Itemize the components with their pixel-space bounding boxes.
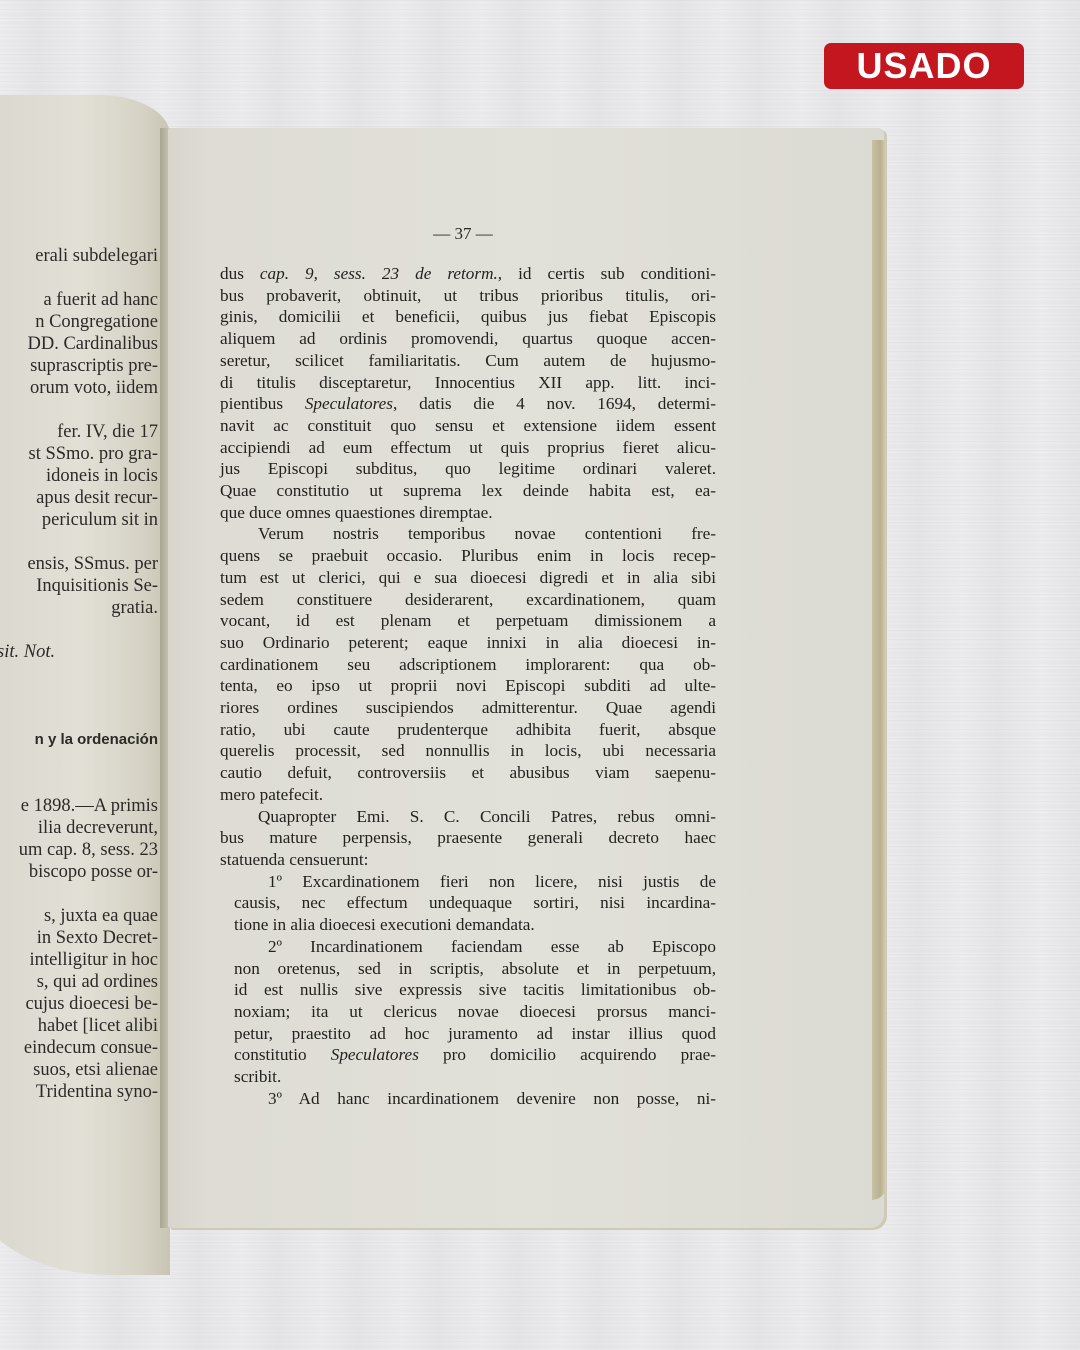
- text-line: riores ordines suscipiendos admitterentu…: [220, 697, 716, 719]
- text-line: Quae constitutio ut suprema lex deinde h…: [220, 480, 716, 502]
- text-line: gratia.: [0, 597, 158, 619]
- text-line: suos, etsi alienae: [0, 1059, 158, 1081]
- text-line: jus Episcopi subditus, quo legitime ordi…: [220, 458, 716, 480]
- text-line: [0, 707, 158, 729]
- text-line: Tridentina syno-: [0, 1081, 158, 1103]
- text-line: seretur, scilicet familiaritatis. Cum au…: [220, 350, 716, 372]
- text-line: scribit.: [220, 1066, 716, 1088]
- text-line: statuenda censuerunt:: [220, 849, 716, 871]
- text-line: n y la ordenación: [0, 729, 158, 751]
- text-line: [0, 531, 158, 553]
- text-line: [0, 619, 158, 641]
- text-line: aliquem ad ordinis promovendi, quartus q…: [220, 328, 716, 350]
- text-line: [0, 883, 158, 905]
- text-line: suo Ordinario peterent; eaque innixi in …: [220, 632, 716, 654]
- text-line: Inquisitionis Se-: [0, 575, 158, 597]
- text-line: s, qui ad ordines: [0, 971, 158, 993]
- text-line: vocant, id est plenam et perpetuam dimis…: [220, 610, 716, 632]
- text-line: [0, 773, 158, 795]
- text-line: [0, 267, 158, 289]
- text-line: petur, praestito ad hoc juramento ad ins…: [220, 1023, 716, 1045]
- text-line: Verum nostris temporibus novae contentio…: [220, 523, 716, 545]
- used-condition-badge: USADO: [824, 43, 1024, 89]
- text-line: [0, 663, 158, 685]
- text-line: periculum sit in: [0, 509, 158, 531]
- text-line: causis, nec effectum undequaque sortiri,…: [220, 892, 716, 914]
- text-line: n Congregatione: [0, 311, 158, 333]
- text-line: constitutio Speculatores pro domicilio a…: [220, 1044, 716, 1066]
- text-line: noxiam; ita ut clericus novae dioecesi p…: [220, 1001, 716, 1023]
- text-line: Quapropter Emi. S. C. Concili Patres, re…: [220, 806, 716, 828]
- left-book-page: erali subdelegari a fuerit ad hancn Cong…: [0, 95, 170, 1275]
- text-line: fer. IV, die 17: [0, 421, 158, 443]
- text-line: pientibus Speculatores, datis die 4 nov.…: [220, 393, 716, 415]
- text-line: 1º Excardinationem fieri non licere, nis…: [220, 871, 716, 893]
- text-line: in Sexto Decret-: [0, 927, 158, 949]
- text-line: querelis processit, sed nonnullis in loc…: [220, 740, 716, 762]
- text-line: ratio, ubi caute prudenterque adhibita f…: [220, 719, 716, 741]
- text-line: [0, 685, 158, 707]
- text-line: st SSmo. pro gra-: [0, 443, 158, 465]
- text-line: sedem constituere desiderarent, excardin…: [220, 589, 716, 611]
- text-line: bus probaverit, obtinuit, ut tribus prio…: [220, 285, 716, 307]
- text-line: habet [licet alibi: [0, 1015, 158, 1037]
- text-line: accipiendi ad eum effectum ut quis propr…: [220, 437, 716, 459]
- text-line: s, juxta ea quae: [0, 905, 158, 927]
- text-line: 2º Incardinationem faciendam esse ab Epi…: [220, 936, 716, 958]
- text-line: eindecum consue-: [0, 1037, 158, 1059]
- text-line: idoneis in locis: [0, 465, 158, 487]
- text-line: DD. Cardinalibus: [0, 333, 158, 355]
- text-line: non oretenus, sed in scriptis, absolute …: [220, 958, 716, 980]
- text-line: bus mature perpensis, praesente generali…: [220, 827, 716, 849]
- text-line: tenta, eo ipso ut proprii novi Episcopi …: [220, 675, 716, 697]
- text-line: tione in alia dioecesi executioni demand…: [220, 914, 716, 936]
- text-line: dus cap. 9, sess. 23 de retorm., id cert…: [220, 263, 716, 285]
- page-number: — 37 —: [398, 224, 528, 244]
- text-line: erali subdelegari: [0, 245, 158, 267]
- text-line: cujus dioecesi be-: [0, 993, 158, 1015]
- text-line: 3º Ad hanc incardinationem devenire non …: [220, 1088, 716, 1110]
- text-line: orum voto, iidem: [0, 377, 158, 399]
- text-line: quens se praebuit occasio. Pluribus enim…: [220, 545, 716, 567]
- text-line: Inquisit. Not.: [0, 641, 158, 663]
- page-body-text: dus cap. 9, sess. 23 de retorm., id cert…: [220, 263, 716, 1109]
- text-line: que duce omnes quaestiones diremptae.: [220, 502, 716, 524]
- left-page-text: erali subdelegari a fuerit ad hancn Cong…: [0, 245, 158, 1103]
- text-line: cautio defuit, controversiis et abusibus…: [220, 762, 716, 784]
- text-line: cardinationem seu adscriptionem implorar…: [220, 654, 716, 676]
- text-line: [0, 751, 158, 773]
- text-line: ilia decreverunt,: [0, 817, 158, 839]
- text-line: ensis, SSmus. per: [0, 553, 158, 575]
- text-line: di titulis disceptaretur, Innocentius XI…: [220, 372, 716, 394]
- text-line: apus desit recur-: [0, 487, 158, 509]
- text-line: mero patefecit.: [220, 784, 716, 806]
- text-line: [0, 399, 158, 421]
- text-line: suprascriptis pre-: [0, 355, 158, 377]
- text-line: intelligitur in hoc: [0, 949, 158, 971]
- text-line: um cap. 8, sess. 23: [0, 839, 158, 861]
- text-line: id est nullis sive expressis sive taciti…: [220, 979, 716, 1001]
- text-line: e 1898.—A primis: [0, 795, 158, 817]
- text-line: tum est ut clerici, qui e sua dioecesi d…: [220, 567, 716, 589]
- text-line: a fuerit ad hanc: [0, 289, 158, 311]
- text-line: ginis, domicilii et beneficii, quibus ju…: [220, 306, 716, 328]
- text-line: navit ac constituit quo sensu et extensi…: [220, 415, 716, 437]
- page-edge: [872, 140, 886, 1200]
- text-line: biscopo posse or-: [0, 861, 158, 883]
